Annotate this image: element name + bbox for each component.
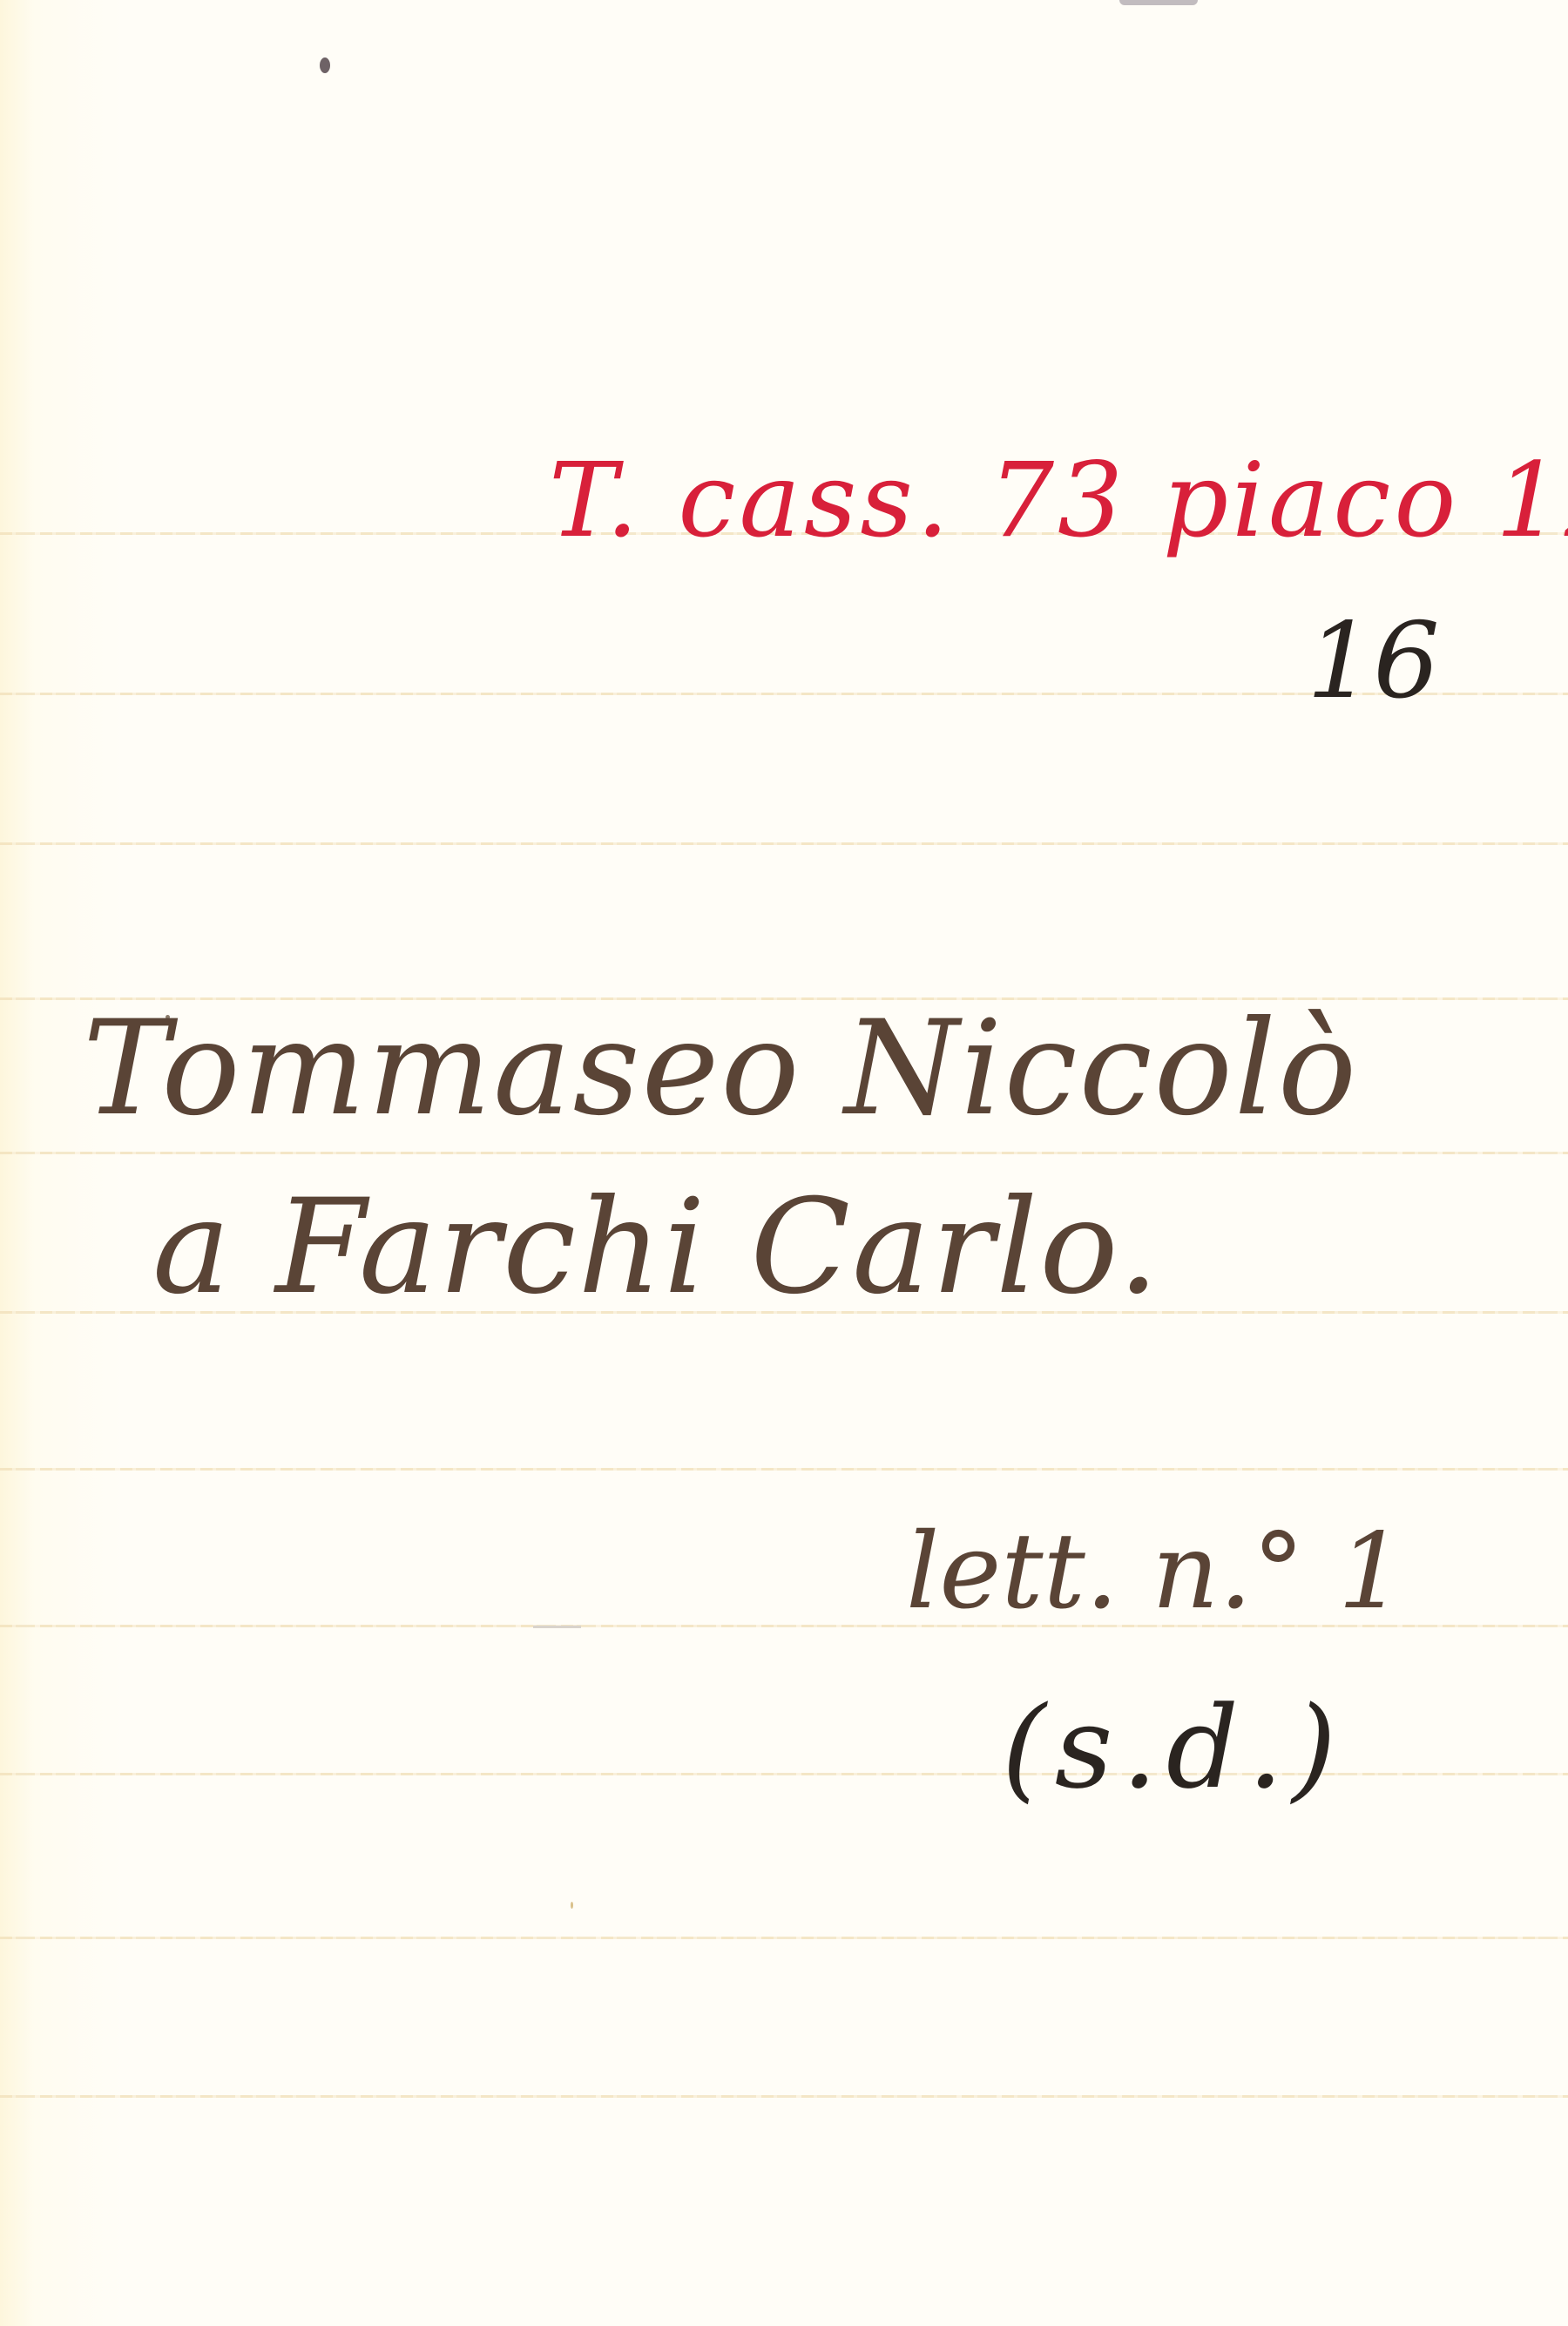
recipient-name-text: a Farchi Carlo.	[152, 1172, 1161, 1323]
ruled-line	[0, 1468, 1568, 1471]
item-number-text: 16	[1307, 601, 1440, 722]
pencil-dash-mark	[533, 1626, 581, 1628]
ink-dot-mark	[320, 57, 330, 73]
top-edge-smudge	[1119, 0, 1198, 5]
date-note-text: (s.d.)	[1002, 1681, 1345, 1814]
ruled-line	[0, 1152, 1568, 1154]
shelfmark-text: T. cass. 73 piaco 128.	[549, 440, 1568, 560]
index-card: T. cass. 73 piaco 128. 16 Tommaseo Nicco…	[0, 0, 1568, 2326]
sender-name-text: Tommaseo Niccolò	[83, 993, 1358, 1145]
ruled-line	[0, 842, 1568, 845]
ruled-line	[0, 1937, 1568, 1939]
letter-count-text: lett. n.° 1	[906, 1511, 1404, 1633]
ink-dot-mark	[571, 1902, 573, 1909]
ruled-line	[0, 2095, 1568, 2098]
